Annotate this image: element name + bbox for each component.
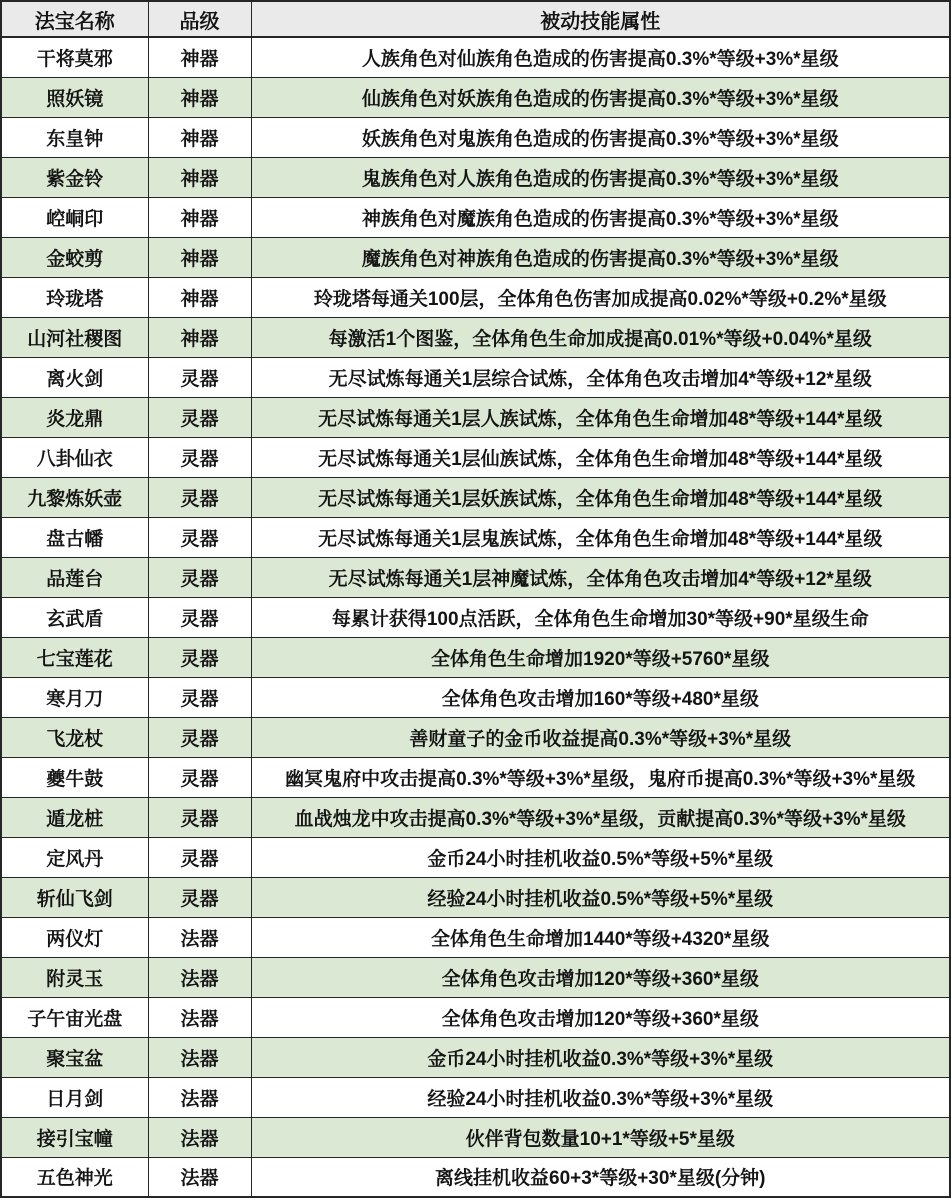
treasure-name-cell: 附灵玉 — [1, 957, 148, 997]
passive-skill-cell: 全体角色生命增加1920*等级+5760*星级 — [251, 637, 950, 677]
treasure-name-cell: 玲珑塔 — [1, 277, 148, 317]
grade-cell: 神器 — [148, 117, 251, 157]
treasure-name-cell: 日月剑 — [1, 1077, 148, 1117]
table-row: 定风丹灵器金币24小时挂机收益0.5%*等级+5%*星级 — [1, 837, 950, 877]
passive-skill-cell: 神族角色对魔族角色造成的伤害提高0.3%*等级+3%*星级 — [251, 197, 950, 237]
treasure-name-cell: 斩仙飞剑 — [1, 877, 148, 917]
grade-cell: 灵器 — [148, 677, 251, 717]
passive-skill-cell: 经验24小时挂机收益0.3%*等级+3%*星级 — [251, 1077, 950, 1117]
grade-cell: 灵器 — [148, 437, 251, 477]
table-row: 接引宝幢法器伙伴背包数量10+1*等级+5*星级 — [1, 1117, 950, 1157]
grade-cell: 法器 — [148, 917, 251, 957]
passive-skill-cell: 魔族角色对神族角色造成的伤害提高0.3%*等级+3%*星级 — [251, 237, 950, 277]
passive-skill-cell: 离线挂机收益60+3*等级+30*星级(分钟) — [251, 1157, 950, 1197]
treasure-name-cell: 照妖镜 — [1, 77, 148, 117]
treasure-name-cell: 八卦仙衣 — [1, 437, 148, 477]
table-row: 两仪灯法器全体角色生命增加1440*等级+4320*星级 — [1, 917, 950, 957]
treasure-name-cell: 东皇钟 — [1, 117, 148, 157]
table-row: 紫金铃神器鬼族角色对人族角色造成的伤害提高0.3%*等级+3%*星级 — [1, 157, 950, 197]
passive-skill-cell: 鬼族角色对人族角色造成的伤害提高0.3%*等级+3%*星级 — [251, 157, 950, 197]
table-header: 法宝名称 品级 被动技能属性 — [1, 1, 950, 37]
grade-cell: 法器 — [148, 1037, 251, 1077]
passive-skill-cell: 伙伴背包数量10+1*等级+5*星级 — [251, 1117, 950, 1157]
grade-cell: 神器 — [148, 157, 251, 197]
grade-cell: 灵器 — [148, 597, 251, 637]
column-header-passive-skill: 被动技能属性 — [251, 1, 950, 37]
passive-skill-cell: 无尽试炼每通关1层仙族试炼，全体角色生命增加48*等级+144*星级 — [251, 437, 950, 477]
treasure-name-cell: 干将莫邪 — [1, 37, 148, 77]
treasure-table: 法宝名称 品级 被动技能属性 干将莫邪神器人族角色对仙族角色造成的伤害提高0.3… — [0, 0, 951, 1198]
treasure-name-cell: 玄武盾 — [1, 597, 148, 637]
treasure-name-cell: 崆峒印 — [1, 197, 148, 237]
treasure-table-page: 法宝名称 品级 被动技能属性 干将莫邪神器人族角色对仙族角色造成的伤害提高0.3… — [0, 0, 951, 1201]
treasure-name-cell: 九黎炼妖壶 — [1, 477, 148, 517]
passive-skill-cell: 每激活1个图鉴，全体角色生命加成提高0.01%*等级+0.04%*星级 — [251, 317, 950, 357]
table-row: 盘古幡灵器无尽试炼每通关1层鬼族试炼，全体角色生命增加48*等级+144*星级 — [1, 517, 950, 557]
passive-skill-cell: 全体角色攻击增加120*等级+360*星级 — [251, 997, 950, 1037]
passive-skill-cell: 人族角色对仙族角色造成的伤害提高0.3%*等级+3%*星级 — [251, 37, 950, 77]
table-row: 崆峒印神器神族角色对魔族角色造成的伤害提高0.3%*等级+3%*星级 — [1, 197, 950, 237]
grade-cell: 灵器 — [148, 717, 251, 757]
grade-cell: 法器 — [148, 1077, 251, 1117]
treasure-name-cell: 炎龙鼎 — [1, 397, 148, 437]
treasure-name-cell: 金蛟剪 — [1, 237, 148, 277]
passive-skill-cell: 无尽试炼每通关1层妖族试炼，全体角色生命增加48*等级+144*星级 — [251, 477, 950, 517]
grade-cell: 神器 — [148, 37, 251, 77]
treasure-name-cell: 山河社稷图 — [1, 317, 148, 357]
passive-skill-cell: 妖族角色对鬼族角色造成的伤害提高0.3%*等级+3%*星级 — [251, 117, 950, 157]
passive-skill-cell: 玲珑塔每通关100层，全体角色伤害加成提高0.02%*等级+0.2%*星级 — [251, 277, 950, 317]
table-row: 斩仙飞剑灵器经验24小时挂机收益0.5%*等级+5%*星级 — [1, 877, 950, 917]
grade-cell: 灵器 — [148, 877, 251, 917]
passive-skill-cell: 无尽试炼每通关1层神魔试炼，全体角色攻击增加4*等级+12*星级 — [251, 557, 950, 597]
treasure-name-cell: 子午宙光盘 — [1, 997, 148, 1037]
grade-cell: 灵器 — [148, 757, 251, 797]
header-row: 法宝名称 品级 被动技能属性 — [1, 1, 950, 37]
treasure-name-cell: 定风丹 — [1, 837, 148, 877]
table-row: 寒月刀灵器全体角色攻击增加160*等级+480*星级 — [1, 677, 950, 717]
passive-skill-cell: 金币24小时挂机收益0.3%*等级+3%*星级 — [251, 1037, 950, 1077]
table-row: 遁龙桩灵器血战烛龙中攻击提高0.3%*等级+3%*星级，贡献提高0.3%*等级+… — [1, 797, 950, 837]
treasure-name-cell: 离火剑 — [1, 357, 148, 397]
grade-cell: 灵器 — [148, 557, 251, 597]
passive-skill-cell: 全体角色攻击增加120*等级+360*星级 — [251, 957, 950, 997]
grade-cell: 法器 — [148, 1117, 251, 1157]
grade-cell: 法器 — [148, 997, 251, 1037]
table-row: 日月剑法器经验24小时挂机收益0.3%*等级+3%*星级 — [1, 1077, 950, 1117]
table-row: 炎龙鼎灵器无尽试炼每通关1层人族试炼，全体角色生命增加48*等级+144*星级 — [1, 397, 950, 437]
grade-cell: 法器 — [148, 1157, 251, 1197]
grade-cell: 神器 — [148, 317, 251, 357]
passive-skill-cell: 无尽试炼每通关1层综合试炼，全体角色攻击增加4*等级+12*星级 — [251, 357, 950, 397]
column-header-treasure-name: 法宝名称 — [1, 1, 148, 37]
treasure-name-cell: 夔牛鼓 — [1, 757, 148, 797]
grade-cell: 灵器 — [148, 357, 251, 397]
passive-skill-cell: 经验24小时挂机收益0.5%*等级+5%*星级 — [251, 877, 950, 917]
treasure-name-cell: 飞龙杖 — [1, 717, 148, 757]
grade-cell: 神器 — [148, 277, 251, 317]
passive-skill-cell: 血战烛龙中攻击提高0.3%*等级+3%*星级，贡献提高0.3%*等级+3%*星级 — [251, 797, 950, 837]
treasure-name-cell: 接引宝幢 — [1, 1117, 148, 1157]
table-row: 品莲台灵器无尽试炼每通关1层神魔试炼，全体角色攻击增加4*等级+12*星级 — [1, 557, 950, 597]
grade-cell: 法器 — [148, 957, 251, 997]
table-row: 飞龙杖灵器善财童子的金币收益提高0.3%*等级+3%*星级 — [1, 717, 950, 757]
column-header-grade: 品级 — [148, 1, 251, 37]
grade-cell: 灵器 — [148, 517, 251, 557]
treasure-name-cell: 遁龙桩 — [1, 797, 148, 837]
table-row: 干将莫邪神器人族角色对仙族角色造成的伤害提高0.3%*等级+3%*星级 — [1, 37, 950, 77]
passive-skill-cell: 金币24小时挂机收益0.5%*等级+5%*星级 — [251, 837, 950, 877]
table-row: 子午宙光盘法器全体角色攻击增加120*等级+360*星级 — [1, 997, 950, 1037]
passive-skill-cell: 全体角色攻击增加160*等级+480*星级 — [251, 677, 950, 717]
table-row: 照妖镜神器仙族角色对妖族角色造成的伤害提高0.3%*等级+3%*星级 — [1, 77, 950, 117]
grade-cell: 灵器 — [148, 797, 251, 837]
passive-skill-cell: 仙族角色对妖族角色造成的伤害提高0.3%*等级+3%*星级 — [251, 77, 950, 117]
grade-cell: 神器 — [148, 237, 251, 277]
table-row: 七宝莲花灵器全体角色生命增加1920*等级+5760*星级 — [1, 637, 950, 677]
table-row: 金蛟剪神器魔族角色对神族角色造成的伤害提高0.3%*等级+3%*星级 — [1, 237, 950, 277]
table-row: 附灵玉法器全体角色攻击增加120*等级+360*星级 — [1, 957, 950, 997]
passive-skill-cell: 全体角色生命增加1440*等级+4320*星级 — [251, 917, 950, 957]
treasure-name-cell: 盘古幡 — [1, 517, 148, 557]
treasure-name-cell: 五色神光 — [1, 1157, 148, 1197]
table-row: 聚宝盆法器金币24小时挂机收益0.3%*等级+3%*星级 — [1, 1037, 950, 1077]
table-row: 九黎炼妖壶灵器无尽试炼每通关1层妖族试炼，全体角色生命增加48*等级+144*星… — [1, 477, 950, 517]
grade-cell: 灵器 — [148, 837, 251, 877]
grade-cell: 灵器 — [148, 397, 251, 437]
table-row: 五色神光法器离线挂机收益60+3*等级+30*星级(分钟) — [1, 1157, 950, 1197]
treasure-name-cell: 品莲台 — [1, 557, 148, 597]
passive-skill-cell: 无尽试炼每通关1层人族试炼，全体角色生命增加48*等级+144*星级 — [251, 397, 950, 437]
grade-cell: 灵器 — [148, 477, 251, 517]
passive-skill-cell: 幽冥鬼府中攻击提高0.3%*等级+3%*星级，鬼府币提高0.3%*等级+3%*星… — [251, 757, 950, 797]
table-row: 山河社稷图神器每激活1个图鉴，全体角色生命加成提高0.01%*等级+0.04%*… — [1, 317, 950, 357]
treasure-table-body: 干将莫邪神器人族角色对仙族角色造成的伤害提高0.3%*等级+3%*星级照妖镜神器… — [1, 37, 950, 1197]
table-row: 夔牛鼓灵器幽冥鬼府中攻击提高0.3%*等级+3%*星级，鬼府币提高0.3%*等级… — [1, 757, 950, 797]
passive-skill-cell: 每累计获得100点活跃，全体角色生命增加30*等级+90*星级生命 — [251, 597, 950, 637]
passive-skill-cell: 善财童子的金币收益提高0.3%*等级+3%*星级 — [251, 717, 950, 757]
grade-cell: 神器 — [148, 77, 251, 117]
table-row: 玲珑塔神器玲珑塔每通关100层，全体角色伤害加成提高0.02%*等级+0.2%*… — [1, 277, 950, 317]
treasure-name-cell: 七宝莲花 — [1, 637, 148, 677]
table-row: 离火剑灵器无尽试炼每通关1层综合试炼，全体角色攻击增加4*等级+12*星级 — [1, 357, 950, 397]
treasure-name-cell: 紫金铃 — [1, 157, 148, 197]
treasure-name-cell: 聚宝盆 — [1, 1037, 148, 1077]
treasure-name-cell: 两仪灯 — [1, 917, 148, 957]
table-row: 八卦仙衣灵器无尽试炼每通关1层仙族试炼，全体角色生命增加48*等级+144*星级 — [1, 437, 950, 477]
grade-cell: 灵器 — [148, 637, 251, 677]
grade-cell: 神器 — [148, 197, 251, 237]
passive-skill-cell: 无尽试炼每通关1层鬼族试炼，全体角色生命增加48*等级+144*星级 — [251, 517, 950, 557]
treasure-name-cell: 寒月刀 — [1, 677, 148, 717]
table-row: 东皇钟神器妖族角色对鬼族角色造成的伤害提高0.3%*等级+3%*星级 — [1, 117, 950, 157]
table-row: 玄武盾灵器每累计获得100点活跃，全体角色生命增加30*等级+90*星级生命 — [1, 597, 950, 637]
